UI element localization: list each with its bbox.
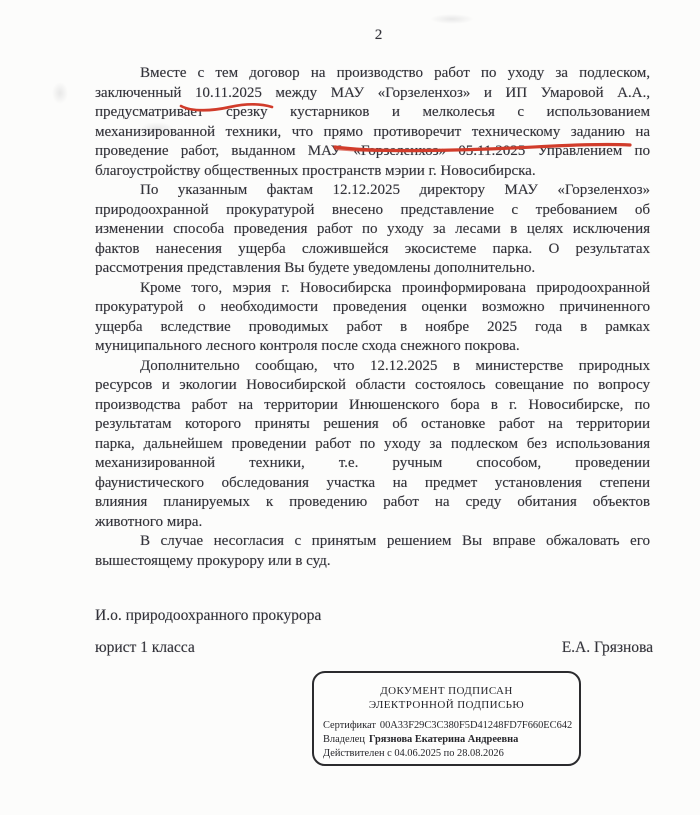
paragraph-line: Вместе с тем договор на производство раб… xyxy=(95,64,650,84)
signature-rank: юрист 1 класса xyxy=(95,639,195,657)
paragraph-line: муниципального лесного контроля после сх… xyxy=(95,337,650,357)
paragraph-line: парка, дальнейшем проведении работ по ух… xyxy=(95,435,650,455)
paragraph-line: ресурсов и экологии Новосибирской област… xyxy=(95,376,650,396)
paragraph-line: результатам которого приняты решения об … xyxy=(95,415,650,435)
paragraph-line: Кроме того, мэрия г. Новосибирска проинф… xyxy=(95,279,650,299)
stamp-certificate-line: Сертификат00A33F29C3C380F5D41248FD7F660E… xyxy=(323,719,573,733)
paragraph-line: производства работ на территории Инюшенс… xyxy=(95,396,650,416)
paragraph-line: прокуратурой о необходимости проведения … xyxy=(95,298,650,318)
stamp-owner-line: ВладелецГрязнова Екатерина Андреевна xyxy=(323,733,573,747)
signature-role: И.о. природоохранного прокурора xyxy=(95,607,321,625)
paragraph-line: механизированной техники, т.е. ручным сп… xyxy=(95,454,650,474)
paragraph-line: проведение работ, выданном МАУ «Горзелен… xyxy=(95,142,650,162)
paragraph-line: предусматривает срезку кустарников и мел… xyxy=(95,103,650,123)
scan-smudge xyxy=(430,14,474,24)
paragraph-line: изменении способа проведения работ по ух… xyxy=(95,220,650,240)
paragraph-line: заключенный 10.11.2025 между МАУ «Горзел… xyxy=(95,84,650,104)
stamp-title-line-2: ЭЛЕКТРОННОЙ ПОДПИСЬЮ xyxy=(314,699,579,713)
paragraph-line: животного мира. xyxy=(95,513,650,533)
paragraph-line: благоустройству общественных пространств… xyxy=(95,162,650,182)
stamp-title-line-1: ДОКУМЕНТ ПОДПИСАН xyxy=(314,685,579,699)
stamp-validity-line: Действителен с 04.06.2025 по 28.08.2026 xyxy=(323,747,573,761)
scanned-letter-page: 2 Вместе с тем договор на производство р… xyxy=(0,0,700,815)
paragraph-line: В случае несогласия с принятым решением … xyxy=(95,532,650,552)
paragraph-line: природоохранной прокуратурой внесено пре… xyxy=(95,201,650,221)
signature-name: Е.А. Грязнова xyxy=(562,639,653,657)
paragraph-line: механизированной техники, что прямо прот… xyxy=(95,123,650,143)
paragraph-line: По указанным фактам 12.12.2025 директору… xyxy=(95,181,650,201)
paragraph-line: фаунистического обследования участка на … xyxy=(95,474,650,494)
paragraph-line: фактов нанесения ущерба сложившейся экос… xyxy=(95,240,650,260)
certificate-label: Сертификат xyxy=(323,720,376,731)
paragraph-line: рассмотрения представления Вы будете уве… xyxy=(95,259,650,279)
owner-label: Владелец xyxy=(323,734,365,745)
paragraph-line: Дополнительно сообщаю, что 12.12.2025 в … xyxy=(95,357,650,377)
electronic-signature-stamp: ДОКУМЕНТ ПОДПИСАН ЭЛЕКТРОННОЙ ПОДПИСЬЮ С… xyxy=(312,671,581,766)
paragraph-line: ущерба вследствие проводимых работ в ноя… xyxy=(95,318,650,338)
scan-smudge xyxy=(52,82,68,104)
owner-name: Грязнова Екатерина Андреевна xyxy=(369,734,518,745)
paragraph-line: вышестоящему прокурору или в суд. xyxy=(95,552,650,572)
paragraph-line: влияния планируемых к проведению работ н… xyxy=(95,493,650,513)
page-number: 2 xyxy=(101,27,656,44)
certificate-value: 00A33F29C3C380F5D41248FD7F660EC642 xyxy=(380,720,572,731)
letter-body: Вместе с тем договор на производство раб… xyxy=(95,64,650,571)
